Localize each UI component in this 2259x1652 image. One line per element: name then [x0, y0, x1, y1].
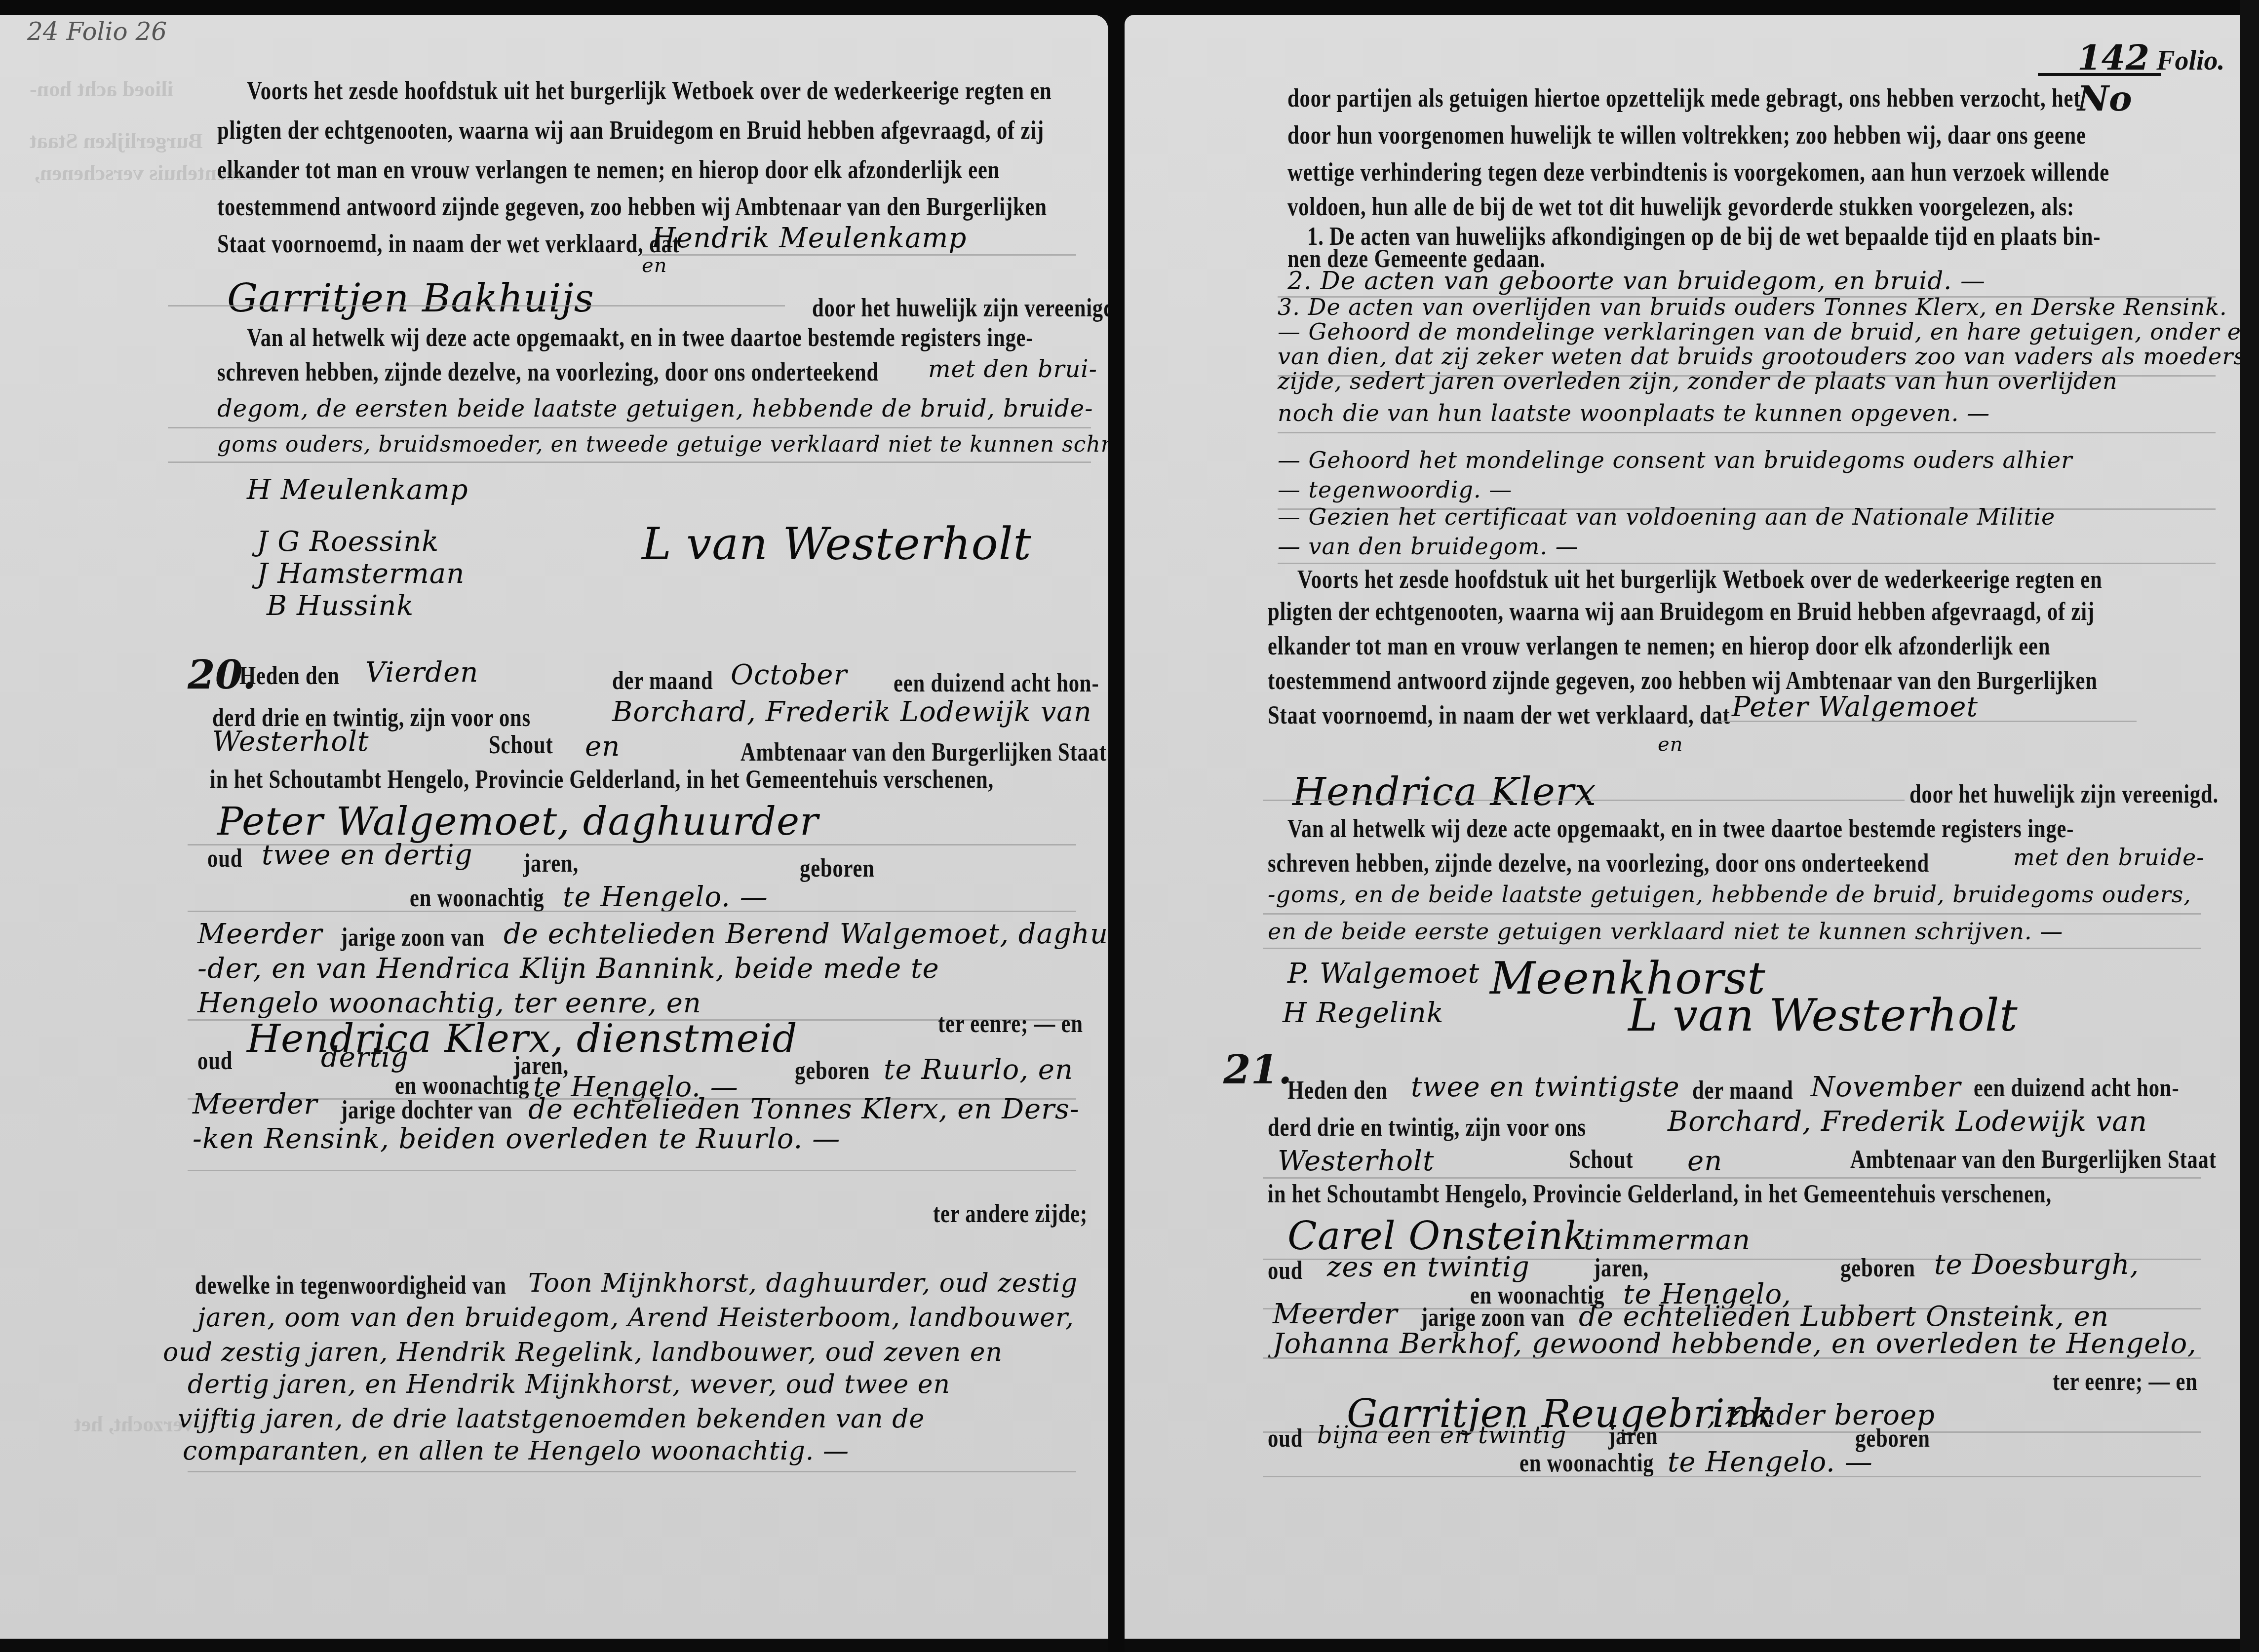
print-line: Staat voornoemd, in naam der wet verklaa… — [217, 230, 680, 259]
hand-line: — Gehoord het mondelinge consent van bru… — [1278, 447, 2072, 473]
hand-line: Hengelo woonachtig, ter eenre, en — [197, 987, 701, 1019]
fill-in-rule — [1263, 1476, 2201, 1477]
hand-line: — tegenwoordig. — — [1278, 476, 1512, 503]
ter-eenre: ter eenre; — en — [2053, 1367, 2198, 1396]
hand-line: goms ouders, bruidsmoeder, en tweede get… — [217, 432, 1108, 457]
united-text: door het huwelijk zijn vereenigd. — [1909, 780, 2219, 809]
month-handwritten: November — [1811, 1071, 1961, 1103]
hand-line: — Gezien het certificaat van voldoening … — [1278, 503, 2055, 530]
hand-line: en de beide eerste getuigen verklaard ni… — [1268, 918, 2063, 945]
hand-line: Westerholt — [212, 726, 369, 758]
groom-name-handwritten: Peter Walgemoet, daghuurder — [217, 800, 818, 844]
united-text: door het huwelijk zijn vereenigd. — [812, 294, 1108, 323]
print-line: door partijen als getuigen hiertoe opzet… — [1287, 84, 2081, 113]
print-line: schreven hebben, zijnde dezelve, na voor… — [217, 358, 879, 387]
age-handwritten: bijna een en twintig — [1317, 1421, 1566, 1449]
residence-handwritten: te Hengelo. — — [563, 881, 768, 913]
print-line: derd drie en twintig, zijn voor ons — [1268, 1113, 1586, 1142]
label-woonachtig: en woonachtig — [410, 884, 544, 913]
fill-in-rule — [188, 1471, 1076, 1472]
hand-line: van dien, dat zij zeker weten dat bruids… — [1278, 343, 2240, 370]
fill-in-rule — [168, 305, 785, 307]
fill-in-rule — [642, 254, 1076, 256]
en-handwritten: en — [642, 254, 667, 277]
fill-in-rule — [1278, 432, 2216, 433]
birthplace-handwritten: te Ruurlo, en — [884, 1054, 1073, 1086]
hand-line: 3. De acten van overlijden van bruids ou… — [1278, 294, 2227, 320]
hand-line: Meerder — [197, 918, 322, 950]
hand-line: Borchard, Frederik Lodewijk van — [612, 696, 1092, 728]
folio-label: Folio. — [2156, 45, 2224, 76]
print-line: der maand — [1692, 1076, 1793, 1105]
label-jaren: jaren, — [523, 849, 579, 878]
fill-in-rule — [1263, 1177, 2201, 1179]
print-line: voldoen, hun alle de bij de wet tot dit … — [1287, 192, 2074, 222]
bride-name-handwritten: Garritjen Bakhuijs — [227, 276, 594, 321]
label-woonachtig: en woonachtig — [1519, 1449, 1654, 1478]
record-number: 21. — [1223, 1046, 1292, 1093]
fill-in-rule — [1263, 913, 2201, 915]
en-handwritten: en — [1658, 733, 1683, 756]
hand-line: dertig jaren, en Hendrik Mijnkhorst, wev… — [188, 1370, 950, 1399]
hand-line: met den bruide- — [2013, 844, 2205, 871]
fill-in-rule — [168, 461, 1091, 463]
fill-in-rule — [1717, 721, 2137, 722]
hand-line: Johanna Berkhof, gewoond hebbende, en ov… — [1273, 1328, 2197, 1360]
label-geboren: geboren — [1840, 1254, 1915, 1283]
print-line: elkander tot man en vrouw verlangen te n… — [217, 155, 1000, 185]
left-page: 24 Folio 26 ilioed acht hon- Burgerlijke… — [0, 15, 1108, 1639]
label-jaren: jaren — [1608, 1421, 1658, 1451]
print-line: in het Schoutambt Hengelo, Provincie Gel… — [1268, 1180, 2052, 1209]
hand-line: 2. De acten van geboorte van bruidegom, … — [1287, 267, 1986, 295]
birthplace-handwritten: te Doesburgh, — [1934, 1249, 2139, 1281]
fill-in-rule — [1263, 800, 1905, 801]
ter-eenre: ter eenre; — en — [938, 1009, 1083, 1038]
hand-line: -goms, en de beide laatste getuigen, heb… — [1268, 881, 2191, 908]
hand-line: Meerder — [193, 1088, 317, 1120]
witness-signature: H Regelink — [1283, 997, 1444, 1029]
fill-in-rule — [188, 911, 1076, 912]
print-line: schreven hebben, zijnde dezelve, na voor… — [1268, 849, 1929, 878]
print-line: Heden den — [239, 661, 340, 691]
official-signature: L van Westerholt — [642, 518, 1032, 570]
print-line: elkander tot man en vrouw verlangen te n… — [1268, 632, 2050, 661]
hand-line: — van den bruidegom. — — [1278, 533, 1579, 560]
ter-andere-zijde: ter andere zijde; — [933, 1199, 1088, 1229]
hand-line: Toon Mijnkhorst, daghuurder, oud zestig — [528, 1268, 1078, 1298]
print-line: Staat voornoemd, in naam der wet verklaa… — [1268, 701, 1730, 730]
folio-header: 142 Folio. No — [2077, 37, 2240, 119]
print-line: Schout — [1569, 1145, 1634, 1174]
fill-in-rule — [1278, 563, 2216, 564]
folio-suffix: No — [2077, 78, 2132, 119]
witness-signature: H Meulenkamp — [247, 474, 468, 506]
groom-name-handwritten: Hendrik Meulenkamp — [652, 222, 967, 254]
hand-line: met den brui- — [928, 355, 1097, 383]
print-line: een duizend acht hon- — [1974, 1074, 2179, 1103]
hand-line: de echtelieden Berend Walgemoet, daghuur… — [504, 918, 1108, 950]
hand-line: jaren, oom van den bruidegom, Arend Heis… — [197, 1303, 1074, 1333]
hand-line: zijde, sedert jaren overleden zijn, zond… — [1278, 368, 2118, 394]
age-handwritten: zes en twintig — [1327, 1251, 1530, 1283]
hand-line: Borchard, Frederik Lodewijk van — [1668, 1106, 2147, 1138]
print-line: Voorts het zesde hoofdstuk uit het burge… — [247, 77, 1052, 106]
print-line: Schout — [489, 730, 553, 760]
print-line: Ambtenaar van den Burgerlijken Staat — [1850, 1145, 2217, 1174]
print-line: pligten der echtgenooten, waarna wij aan… — [217, 116, 1044, 145]
label-geboren: geboren — [800, 854, 875, 883]
hand-line: en — [585, 730, 620, 763]
right-page: 142 Folio. No door partijen als getuigen… — [1125, 15, 2240, 1639]
label-oud: oud — [197, 1046, 233, 1076]
bleed-through-text: Burgerlijken Staat — [30, 128, 203, 154]
age-handwritten: dertig — [321, 1041, 409, 1074]
print-line: jarige dochter van — [341, 1096, 512, 1125]
hand-line: Meerder — [1273, 1298, 1398, 1330]
fill-in-rule — [188, 1170, 1076, 1171]
hand-line: en — [1687, 1145, 1722, 1177]
scan-right-border — [2240, 0, 2259, 1652]
print-line: in het Schoutambt Hengelo, Provincie Gel… — [210, 765, 994, 794]
folio-underline — [2038, 73, 2161, 76]
fill-in-rule — [1263, 1357, 2201, 1359]
print-line: toestemmend antwoord zijnde gegeven, zoo… — [217, 192, 1047, 222]
fill-in-rule — [1263, 948, 2201, 949]
fill-in-rule — [168, 427, 1091, 428]
hand-line: — Gehoord de mondelinge verklaringen van… — [1278, 318, 2240, 345]
print-line: Voorts het zesde hoofdstuk uit het burge… — [1297, 565, 2103, 594]
witness-signature: B Hussink — [267, 590, 414, 622]
print-line: pligten der echtgenooten, waarna wij aan… — [1268, 597, 2095, 626]
print-line: der maand — [612, 666, 713, 695]
hand-line: degom, de eersten beide laatste getuigen… — [217, 395, 1093, 423]
witness-signature: J Hamsterman — [257, 558, 465, 590]
age-handwritten: twee en dertig — [262, 839, 473, 871]
hand-line: oud zestig jaren, Hendrik Regelink, land… — [163, 1338, 1003, 1367]
print-line: Van al hetwelk wij deze acte opgemaakt, … — [247, 323, 1033, 352]
hand-line: de echtelieden Tonnes Klerx, en Ders- — [528, 1093, 1080, 1125]
print-line: Ambtenaar van den Burgerlijken Staat — [740, 738, 1107, 767]
folio-number: 142 — [2077, 37, 2149, 78]
bleed-through-text: verzocht, het — [74, 1412, 194, 1437]
occupation-handwritten: timmerman — [1584, 1224, 1751, 1256]
label-oud: oud — [1268, 1424, 1303, 1453]
print-line: jarige zoon van — [341, 923, 485, 952]
bleed-through-text: ilioed acht hon- — [30, 77, 173, 102]
print-line: door hun voorgenomen huwelijk te willen … — [1287, 121, 2086, 150]
print-line: een duizend acht hon- — [894, 669, 1099, 698]
month-handwritten: October — [731, 659, 847, 691]
print-line: Heden den — [1287, 1076, 1388, 1105]
hand-line: noch die van hun laatste woonplaats te k… — [1278, 400, 1990, 426]
label-oud: oud — [1268, 1256, 1303, 1285]
witness-signature: P. Walgemoet — [1287, 958, 1480, 990]
label-oud: oud — [207, 844, 242, 873]
official-signature: L van Westerholt — [1628, 990, 2018, 1041]
scan-top-border — [0, 0, 2259, 15]
residence-handwritten: te Hengelo. — — [1668, 1446, 1873, 1478]
day-handwritten: twee en twintigste — [1411, 1071, 1680, 1103]
label-geboren: geboren — [795, 1056, 870, 1085]
book-gutter — [1108, 0, 1125, 1652]
bride-name-handwritten: Hendrica Klerx — [1292, 770, 1597, 814]
print-line: dewelke in tegenwoordigheid van — [195, 1271, 506, 1300]
day-handwritten: Vierden — [365, 656, 478, 689]
hand-line: comparanten, en allen te Hengelo woonach… — [183, 1436, 849, 1466]
print-line: Van al hetwelk wij deze acte opgemaakt, … — [1287, 814, 2074, 844]
corner-note: 24 Folio 26 — [27, 17, 167, 46]
print-line: wettige verhindering tegen deze verbindt… — [1287, 158, 2109, 187]
hand-line: Westerholt — [1278, 1145, 1434, 1177]
hand-line: -der, en van Hendrica Klijn Bannink, bei… — [197, 953, 939, 985]
witness-signature: J G Roessink — [257, 526, 439, 558]
hand-line: vijftig jaren, de drie laatstgenoemden b… — [178, 1404, 925, 1434]
groom-name-handwritten: Peter Walgemoet — [1732, 691, 1978, 723]
hand-line: -ken Rensink, beiden overleden te Ruurlo… — [193, 1123, 840, 1155]
